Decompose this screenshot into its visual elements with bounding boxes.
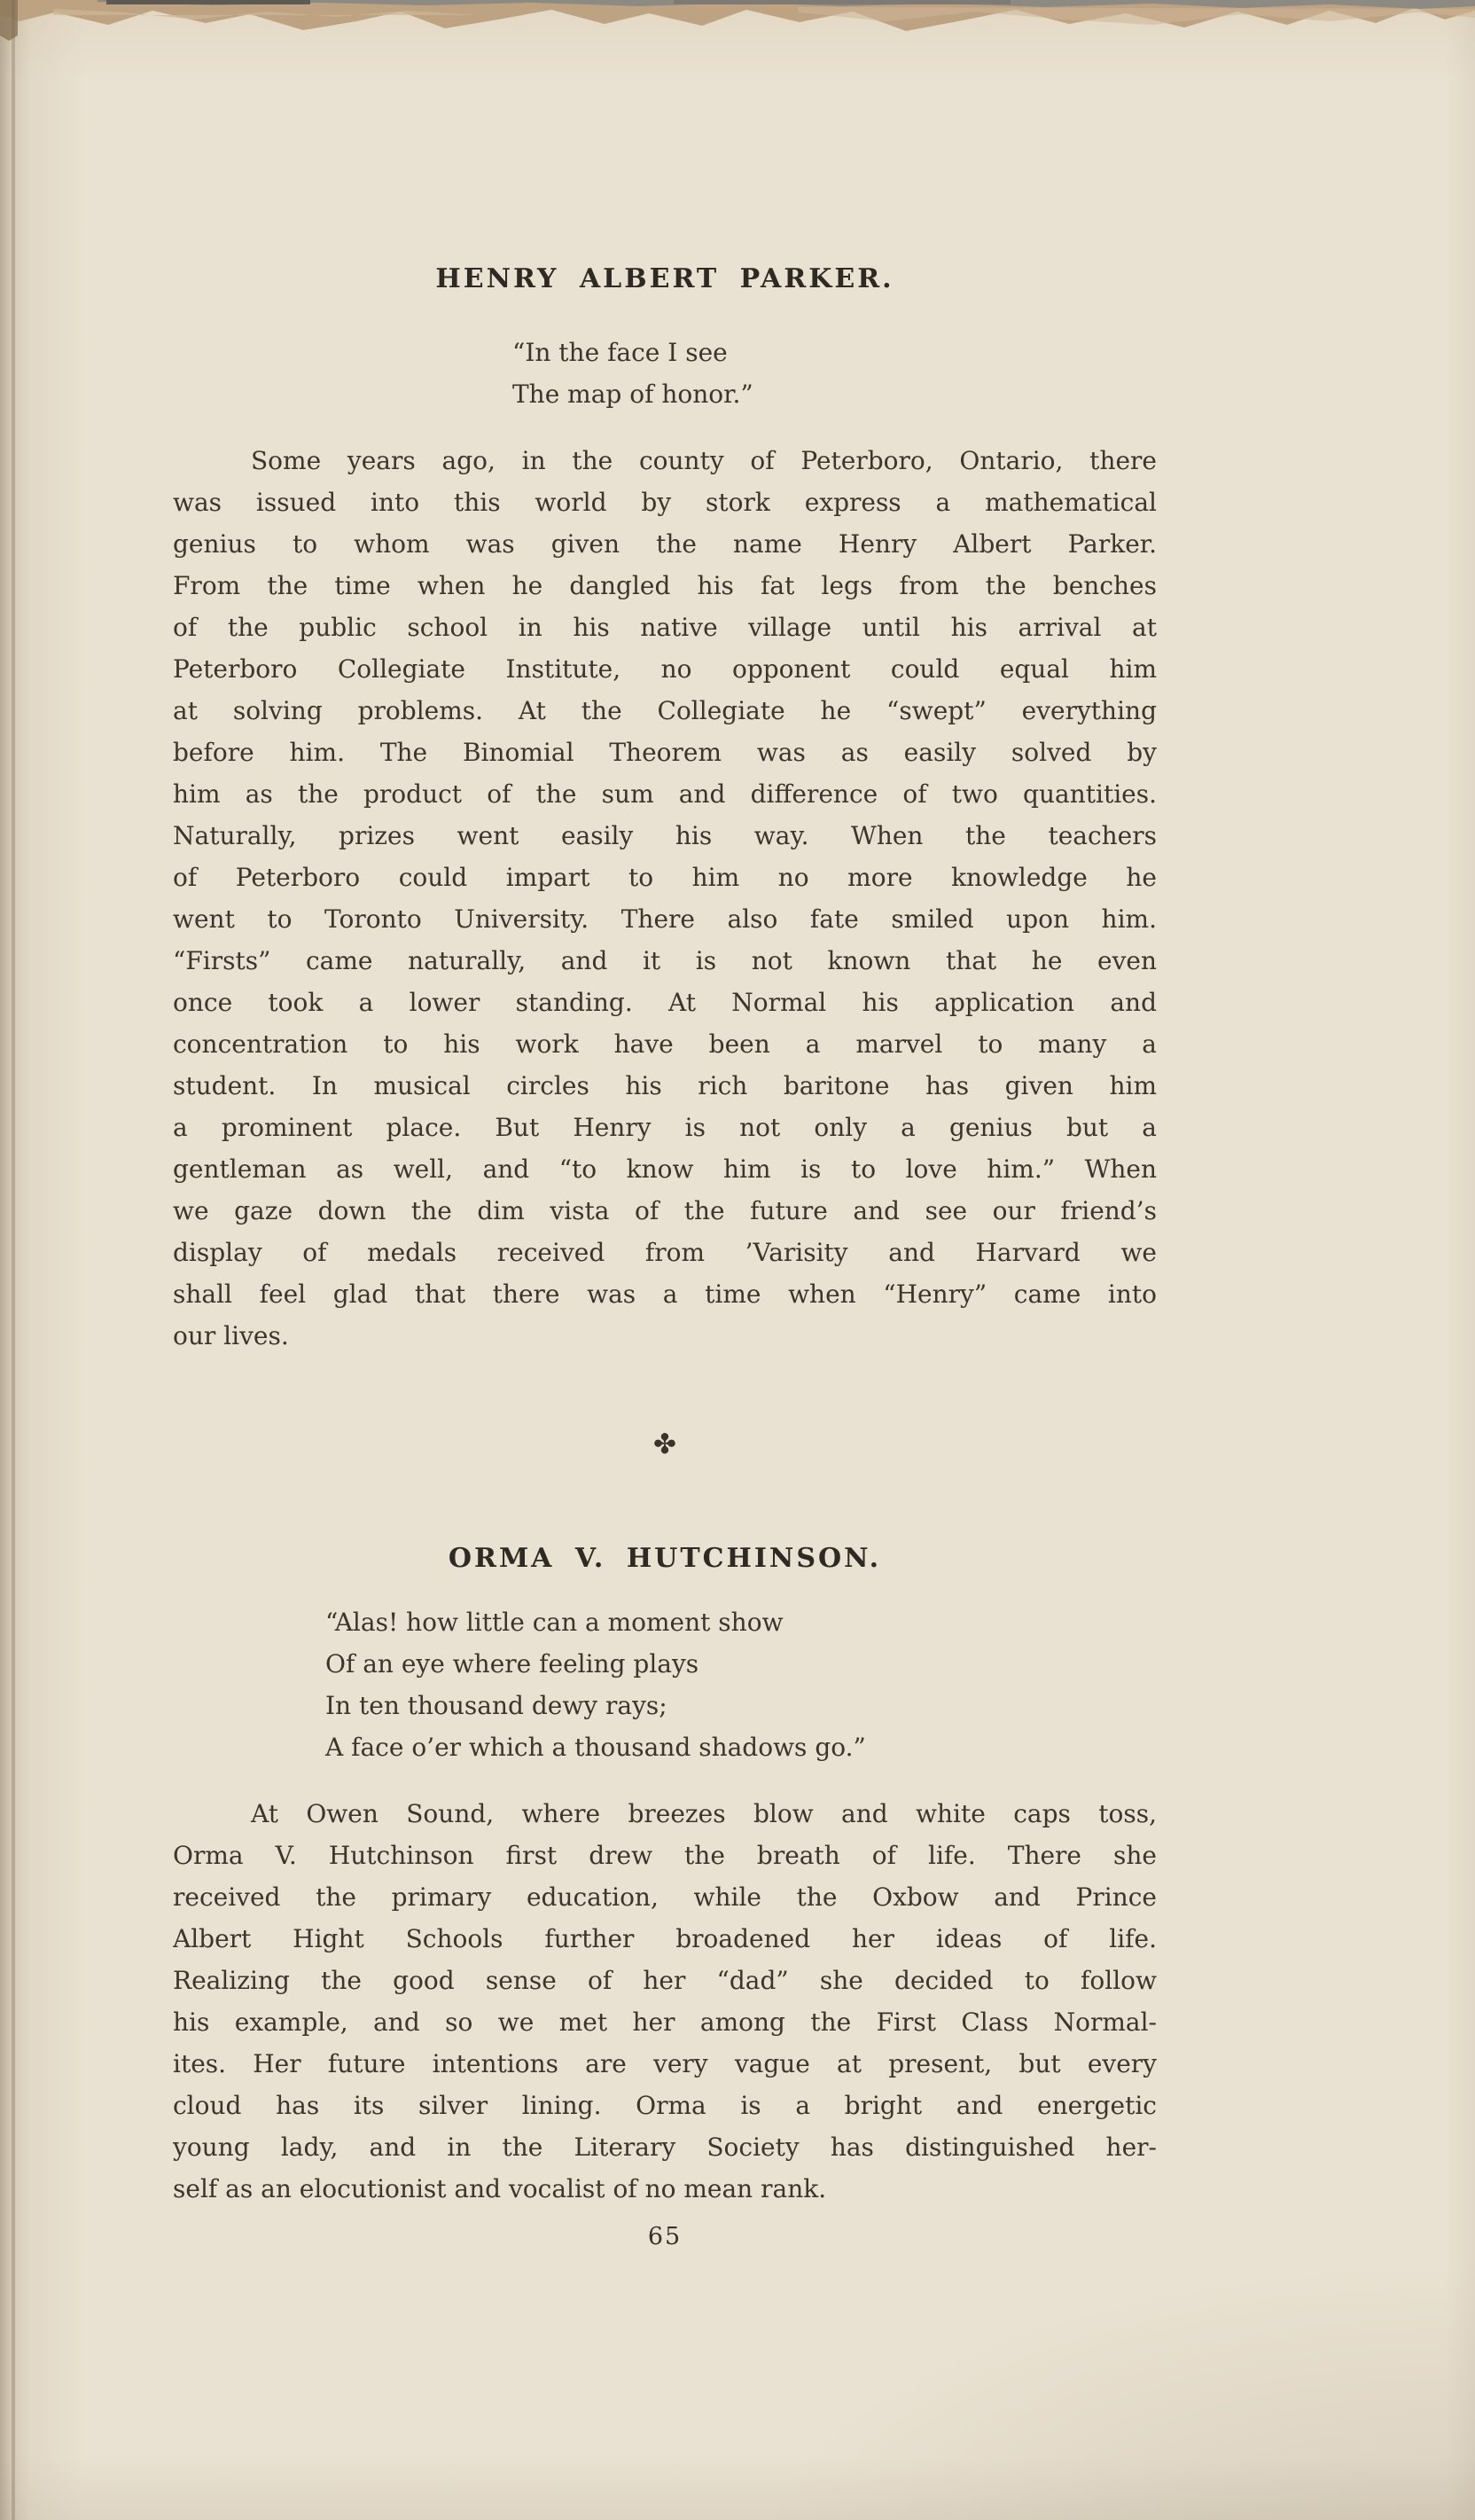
epigraph: “Alas! how little can a moment show Of a…	[325, 1601, 866, 1768]
text-line: a prominent place. But Henry is not only…	[173, 1107, 1157, 1148]
text-line: At Owen Sound, where breezes blow and wh…	[173, 1793, 1157, 1835]
text-line: him as the product of the sum and differ…	[173, 773, 1157, 815]
text-line: ites. Her future intentions are very vag…	[173, 2043, 1157, 2085]
text-line: Naturally, prizes went easily his way. W…	[173, 815, 1157, 857]
entry-heading: ORMA V. HUTCHINSON.	[173, 1543, 1157, 1575]
text-line: gentleman as well, and “to know him is t…	[173, 1148, 1157, 1190]
text-line: we gaze down the dim vista of the future…	[173, 1190, 1157, 1232]
text-line: cloud has its silver lining. Orma is a b…	[173, 2085, 1157, 2126]
text-line: Realizing the good sense of her “dad” sh…	[173, 1960, 1157, 2001]
page-content: HENRY ALBERT PARKER. “In the face I see …	[0, 0, 1475, 2520]
text-line: self as an elocutionist and vocalist of …	[173, 2168, 1157, 2210]
text-line: young lady, and in the Literary Society …	[173, 2126, 1157, 2168]
text-line: went to Toronto University. There also f…	[173, 898, 1157, 940]
text-line: Peterboro Collegiate Institute, no oppon…	[173, 648, 1157, 690]
text-line: received the primary education, while th…	[173, 1876, 1157, 1918]
section-divider-ornament-icon: ✤	[173, 1417, 1157, 1472]
text-line: before him. The Binomial Theorem was as …	[173, 732, 1157, 773]
text-line: “Firsts” came naturally, and it is not k…	[173, 940, 1157, 982]
text-line: display of medals received from ’Varisit…	[173, 1232, 1157, 1273]
text-line: From the time when he dangled his fat le…	[173, 565, 1157, 607]
text-line: genius to whom was given the name Henry …	[173, 523, 1157, 565]
text-line: Orma V. Hutchinson first drew the breath…	[173, 1835, 1157, 1876]
epigraph-line: In ten thousand dewy rays;	[325, 1685, 866, 1726]
text-line: at solving problems. At the Collegiate h…	[173, 690, 1157, 732]
biography-paragraph: At Owen Sound, where breezes blow and wh…	[173, 1793, 1157, 2210]
text-line: concentration to his work have been a ma…	[173, 1023, 1157, 1065]
biography-paragraph: Some years ago, in the county of Peterbo…	[173, 440, 1157, 1357]
epigraph-line: Of an eye where feeling plays	[325, 1643, 866, 1685]
text-line: shall feel glad that there was a time wh…	[173, 1273, 1157, 1315]
text-line: was issued into this world by stork expr…	[173, 481, 1157, 523]
text-line: once took a lower standing. At Normal hi…	[173, 982, 1157, 1023]
text-line: our lives.	[173, 1315, 1157, 1357]
page-number: 65	[173, 2219, 1157, 2255]
text-line: his example, and so we met her among the…	[173, 2001, 1157, 2043]
epigraph-line: “Alas! how little can a moment show	[325, 1601, 866, 1643]
epigraph: “In the face I see The map of honor.”	[512, 332, 753, 415]
text-line: of Peterboro could impart to him no more…	[173, 857, 1157, 898]
epigraph-line: “In the face I see	[512, 332, 753, 373]
epigraph-line: A face o’er which a thousand shadows go.…	[325, 1726, 866, 1768]
book-page-scan: HENRY ALBERT PARKER. “In the face I see …	[0, 0, 1475, 2520]
text-line: student. In musical circles his rich bar…	[173, 1065, 1157, 1107]
text-line: Albert Hight Schools further broadened h…	[173, 1918, 1157, 1960]
text-line: Some years ago, in the county of Peterbo…	[173, 440, 1157, 481]
entry-heading: HENRY ALBERT PARKER.	[173, 263, 1157, 295]
text-line: of the public school in his native villa…	[173, 607, 1157, 648]
epigraph-line: The map of honor.”	[512, 373, 753, 415]
